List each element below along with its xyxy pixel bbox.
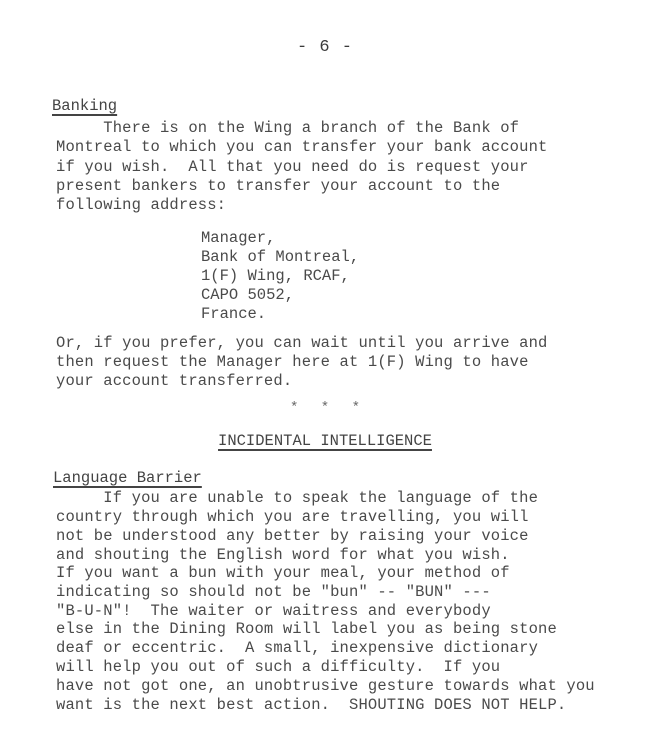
text-line: else in the Dining Room will label you a… bbox=[56, 620, 557, 639]
banking-heading: Banking bbox=[52, 97, 117, 115]
text-line: present bankers to transfer your account… bbox=[56, 177, 500, 196]
address-line: Manager, bbox=[201, 229, 275, 248]
address-line: France. bbox=[201, 305, 266, 324]
text-line: if you wish. All that you need do is req… bbox=[56, 158, 529, 177]
address-line: CAPO 5052, bbox=[201, 286, 294, 305]
text-line: want is the next best action. SHOUTING D… bbox=[56, 696, 566, 715]
language-barrier-heading: Language Barrier bbox=[53, 469, 202, 487]
page-number: - 6 - bbox=[0, 38, 650, 57]
text-line: following address: bbox=[56, 196, 226, 215]
text-line: If you want a bun with your meal, your m… bbox=[56, 564, 510, 583]
text-line: deaf or eccentric. A small, inexpensive … bbox=[56, 639, 538, 658]
address-line: 1(F) Wing, RCAF, bbox=[201, 267, 350, 286]
address-line: Bank of Montreal, bbox=[201, 248, 359, 267]
text-line: There is on the Wing a branch of the Ban… bbox=[56, 119, 519, 138]
text-line: Or, if you prefer, you can wait until yo… bbox=[56, 334, 547, 353]
text-line: country through which you are travelling… bbox=[56, 508, 529, 527]
text-line: not be understood any better by raising … bbox=[56, 527, 529, 546]
text-line: If you are unable to speak the language … bbox=[56, 489, 538, 508]
text-line: your account transferred. bbox=[56, 372, 292, 391]
document-page: - 6 - Banking There is on the Wing a bra… bbox=[0, 0, 650, 751]
section-heading-text: INCIDENTAL INTELLIGENCE bbox=[218, 432, 432, 450]
section-separator: * * * bbox=[0, 400, 650, 416]
text-line: have not got one, an unobtrusive gesture… bbox=[56, 677, 595, 696]
text-line: indicating so should not be "bun" -- "BU… bbox=[56, 583, 491, 602]
section-heading: INCIDENTAL INTELLIGENCE bbox=[0, 432, 650, 450]
text-line: "B-U-N"! The waiter or waitress and ever… bbox=[56, 602, 491, 621]
text-line: will help you out of such a difficulty. … bbox=[56, 658, 500, 677]
text-line: then request the Manager here at 1(F) Wi… bbox=[56, 353, 529, 372]
text-line: Montreal to which you can transfer your … bbox=[56, 138, 547, 157]
text-line: and shouting the English word for what y… bbox=[56, 546, 510, 565]
